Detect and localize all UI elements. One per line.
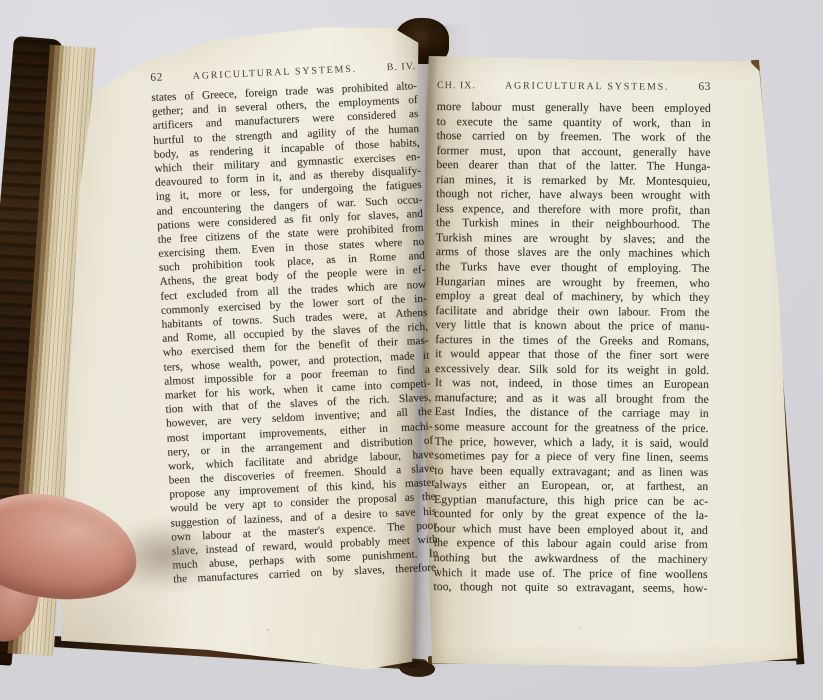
right-page-body: more labour must generally have been emp… xyxy=(433,100,710,596)
text-line: sometimes pay for a piece of very fine l… xyxy=(434,449,708,465)
left-page-number: 62 xyxy=(150,71,163,84)
text-line: always either an European, or, at farthe… xyxy=(434,478,708,494)
book-photo: 62 AGRICULTURAL SYSTEMS. B. IV. states o… xyxy=(0,0,823,700)
text-line: nothing but the awkwardness of the machi… xyxy=(434,551,708,567)
right-page-number: 63 xyxy=(698,81,711,93)
text-line: some measure account for the greatness o… xyxy=(435,420,709,436)
text-line: too, though not quite so extravagant, se… xyxy=(433,580,707,596)
left-section-label: B. IV. xyxy=(387,61,417,73)
text-line: been dearer than that of the latter. The… xyxy=(436,158,710,174)
text-line: more labour must generally have been emp… xyxy=(437,100,711,116)
right-page-header: CH. IX. AGRICULTURAL SYSTEMS. 63 xyxy=(437,79,711,93)
right-chapter-label: CH. IX. xyxy=(437,80,476,91)
right-page-text-block: CH. IX. AGRICULTURAL SYSTEMS. 63 more la… xyxy=(433,79,711,596)
text-line: those carried on by freemen. The work of… xyxy=(437,129,711,145)
text-line: employ a great deal of machinery, by whi… xyxy=(435,289,709,305)
right-running-title: AGRICULTURAL SYSTEMS. xyxy=(476,80,699,93)
text-line: the Turks have ever thought of employing… xyxy=(436,260,710,276)
text-line: very little that is known about the pric… xyxy=(435,318,709,334)
